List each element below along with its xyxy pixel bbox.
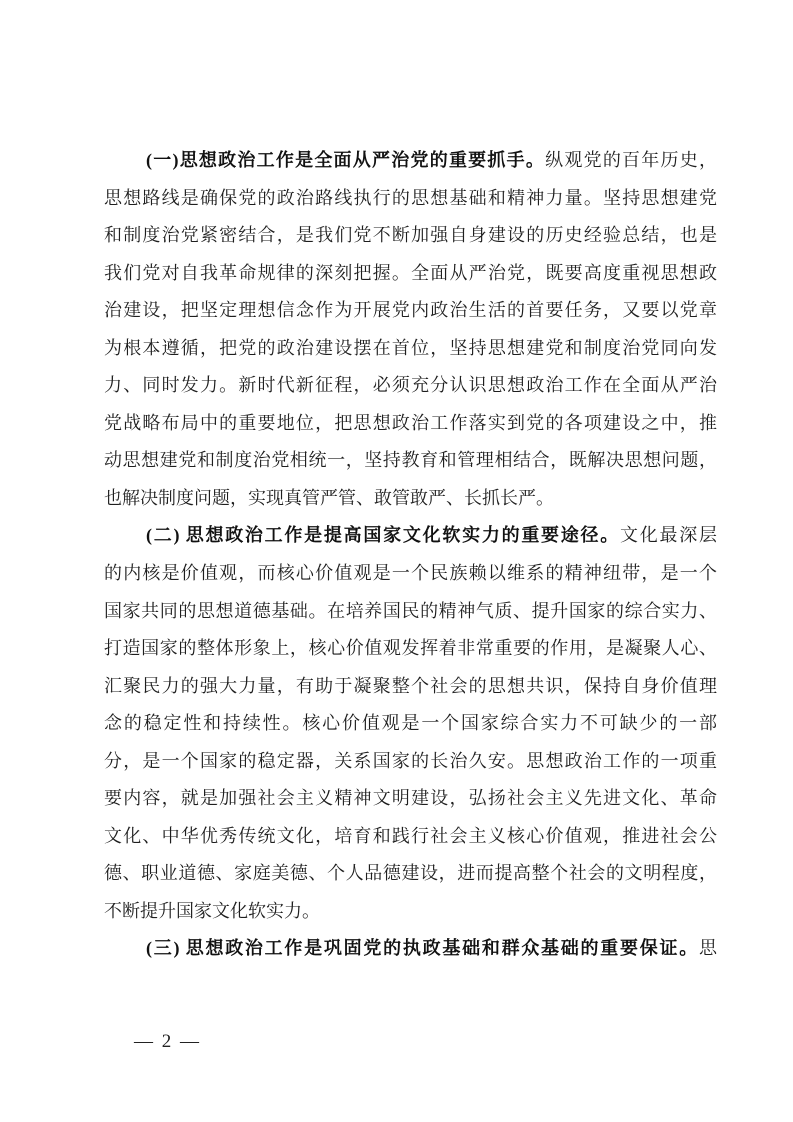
text-line: 文化、中华优秀传统文化，培育和践行社会主义核心价值观，推进社会公 <box>104 818 717 856</box>
paragraph-first-line-text: 思 <box>699 938 717 958</box>
text-line: 打造国家的整体形象上，核心价值观发挥着非常重要的作用，是凝聚人心、 <box>104 630 717 668</box>
text-line: 国家共同的思想道德基础。在培养国民的精神气质、提升国家的综合实力、 <box>104 593 717 631</box>
text-line: 我们党对自我革命规律的深刻把握。全面从严治党，既要高度重视思想政 <box>104 255 717 293</box>
paragraph-heading: (一)思想政治工作是全面从严治党的重要抓手。 <box>146 150 545 170</box>
paragraph-3: (三) 思想政治工作是巩固党的执政基础和群众基础的重要保证。思 <box>104 930 717 968</box>
text-line: (二) 思想政治工作是提高国家文化软实力的重要途径。文化最深层 <box>104 517 717 555</box>
text-line: 力、同时发力。新时代新征程，必须充分认识思想政治工作在全面从严治 <box>104 367 717 405</box>
page-number: — 2 — <box>134 1031 201 1053</box>
text-line: 的内核是价值观，而核心价值观是一个民族赖以维系的精神纽带，是一个 <box>104 555 717 593</box>
text-line: 思想路线是确保党的政治路线执行的思想基础和精神力量。坚持思想建党 <box>104 180 717 218</box>
text-line: 动思想建党和制度治党相统一，坚持教育和管理相结合，既解决思想问题， <box>104 442 717 480</box>
paragraph-first-line-text: 纵观党的百年历史， <box>545 150 717 170</box>
text-line: 为根本遵循，把党的政治建设摆在首位，坚持思想建党和制度治党同向发 <box>104 330 717 368</box>
text-line: 和制度治党紧密结合，是我们党不断加强自身建设的历史经验总结，也是 <box>104 217 717 255</box>
text-line: 念的稳定性和持续性。核心价值观是一个国家综合实力不可缺少的一部 <box>104 705 717 743</box>
document-content: (一)思想政治工作是全面从严治党的重要抓手。纵观党的百年历史，思想路线是确保党的… <box>104 142 717 968</box>
paragraph-first-line-text: 文化最深层 <box>620 525 717 545</box>
paragraph-2: (二) 思想政治工作是提高国家文化软实力的重要途径。文化最深层的内核是价值观，而… <box>104 517 717 930</box>
text-line: (一)思想政治工作是全面从严治党的重要抓手。纵观党的百年历史， <box>104 142 717 180</box>
document-page: (一)思想政治工作是全面从严治党的重要抓手。纵观党的百年历史，思想路线是确保党的… <box>0 0 793 1122</box>
text-line: 党战略布局中的重要地位，把思想政治工作落实到党的各项建设之中，推 <box>104 405 717 443</box>
text-line: 不断提升国家文化软实力。 <box>104 893 717 931</box>
text-line: 德、职业道德、家庭美德、个人品德建设，进而提高整个社会的文明程度， <box>104 855 717 893</box>
paragraph-1: (一)思想政治工作是全面从严治党的重要抓手。纵观党的百年历史，思想路线是确保党的… <box>104 142 717 517</box>
text-line: 分，是一个国家的稳定器，关系国家的长治久安。思想政治工作的一项重 <box>104 743 717 781</box>
text-line: 也解决制度问题，实现真管严管、敢管敢严、长抓长严。 <box>104 480 717 518</box>
text-line: 汇聚民力的强大力量，有助于凝聚整个社会的思想共识，保持自身价值理 <box>104 668 717 706</box>
paragraph-heading: (二) 思想政治工作是提高国家文化软实力的重要途径。 <box>146 525 620 545</box>
text-line: (三) 思想政治工作是巩固党的执政基础和群众基础的重要保证。思 <box>104 930 717 968</box>
text-line: 要内容，就是加强社会主义精神文明建设，弘扬社会主义先进文化、革命 <box>104 780 717 818</box>
text-line: 治建设，把坚定理想信念作为开展党内政治生活的首要任务，又要以党章 <box>104 292 717 330</box>
paragraph-heading: (三) 思想政治工作是巩固党的执政基础和群众基础的重要保证。 <box>146 938 699 958</box>
